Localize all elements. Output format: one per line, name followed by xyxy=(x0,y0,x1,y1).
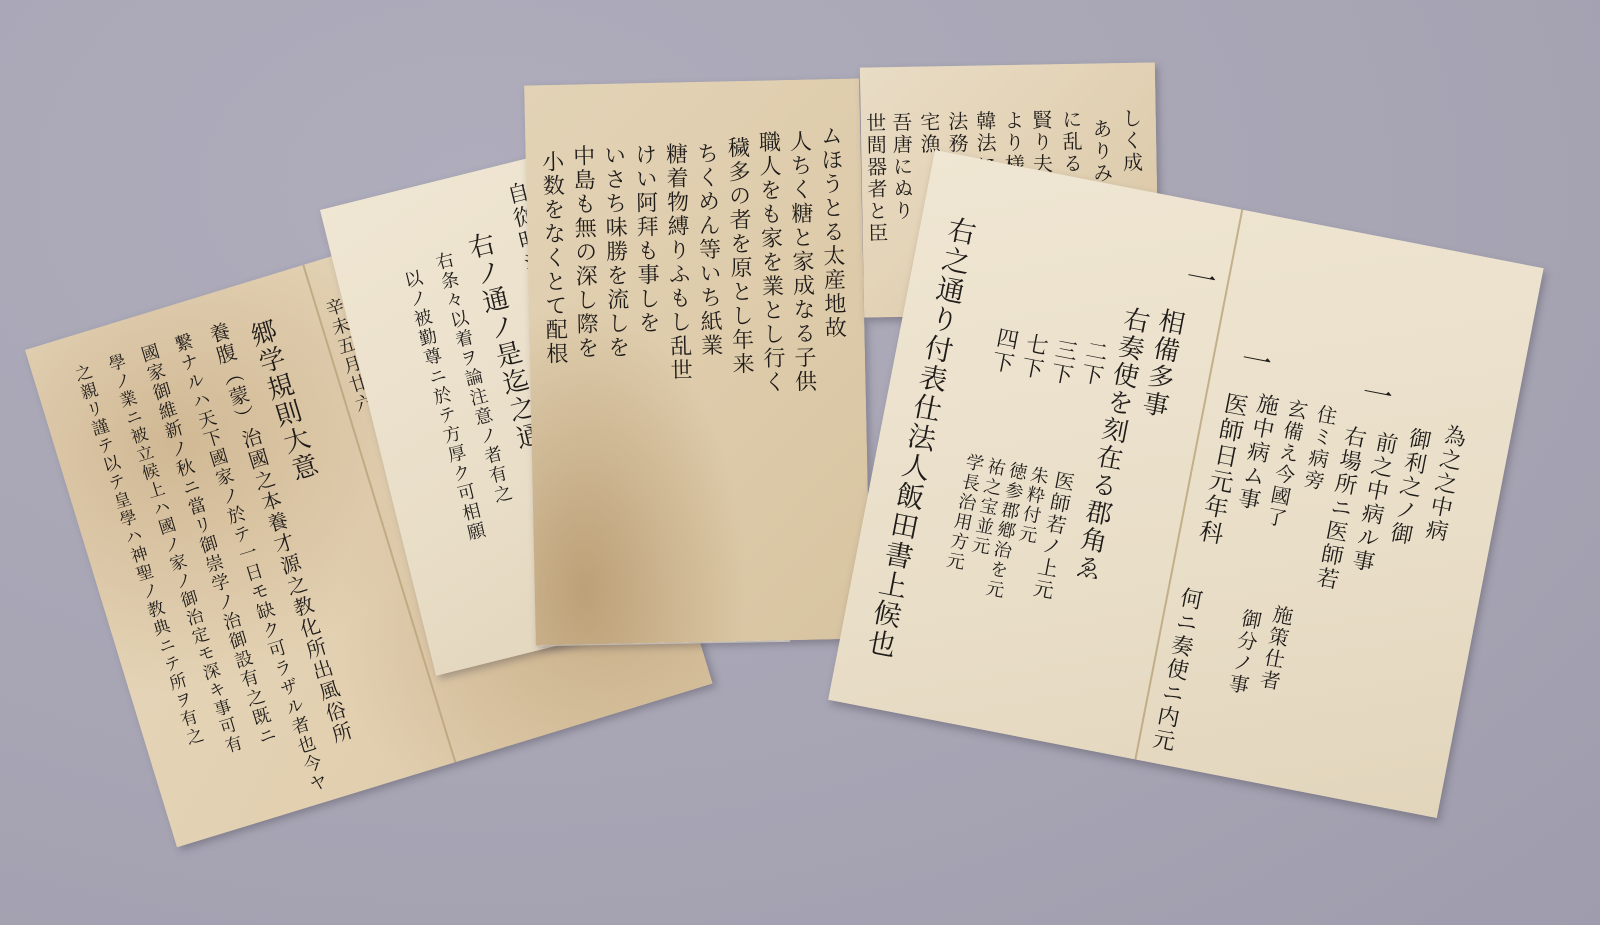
item-mark: 一 xyxy=(1349,374,1398,414)
text-column: 宅漁 xyxy=(915,111,945,155)
text-column: ちくめん等いち紙業 xyxy=(690,141,726,358)
center-manuscript-left-page: ムほうとる太産地故 人ちく糖と家成なる子供 職人をも家を業とし行く 穢多の者を原… xyxy=(524,79,871,646)
text-column: 人ちく糖と家成なる子供 xyxy=(783,130,820,395)
text-column: ムほうとる太産地故 xyxy=(814,124,850,341)
text-column: に乱る xyxy=(1057,109,1087,175)
text-column: 法務 xyxy=(943,111,973,155)
text-column: 何ニ奏使ニ内元 xyxy=(1145,584,1207,755)
text-column: 中島も無の深し際を xyxy=(566,144,602,361)
text-column: 小数をなくとて配根 xyxy=(536,150,572,367)
item-mark: 一 xyxy=(1228,341,1277,381)
text-column: 穢多の者を原とし年来 xyxy=(721,136,757,377)
text-column: 世間器者と臣 xyxy=(861,112,892,244)
item-mark: 一 xyxy=(1173,259,1222,299)
text-column: いさち味勝を流しを xyxy=(597,143,633,360)
text-column: しく成 xyxy=(1117,108,1147,174)
right-manuscript: 一 相備多事 右奏使を刻在る郡角ゑ 二下 三下 七下 四下 医師若ノ上元 朱粋付… xyxy=(828,150,1543,818)
text-column: 糖着物縛りふもし乱世 xyxy=(659,142,695,383)
text-column: けい阿拜も事しを xyxy=(628,143,663,336)
text-column: 職人をも家を業とし行く xyxy=(752,130,789,395)
text-column: 賢り夫 xyxy=(1027,109,1057,175)
